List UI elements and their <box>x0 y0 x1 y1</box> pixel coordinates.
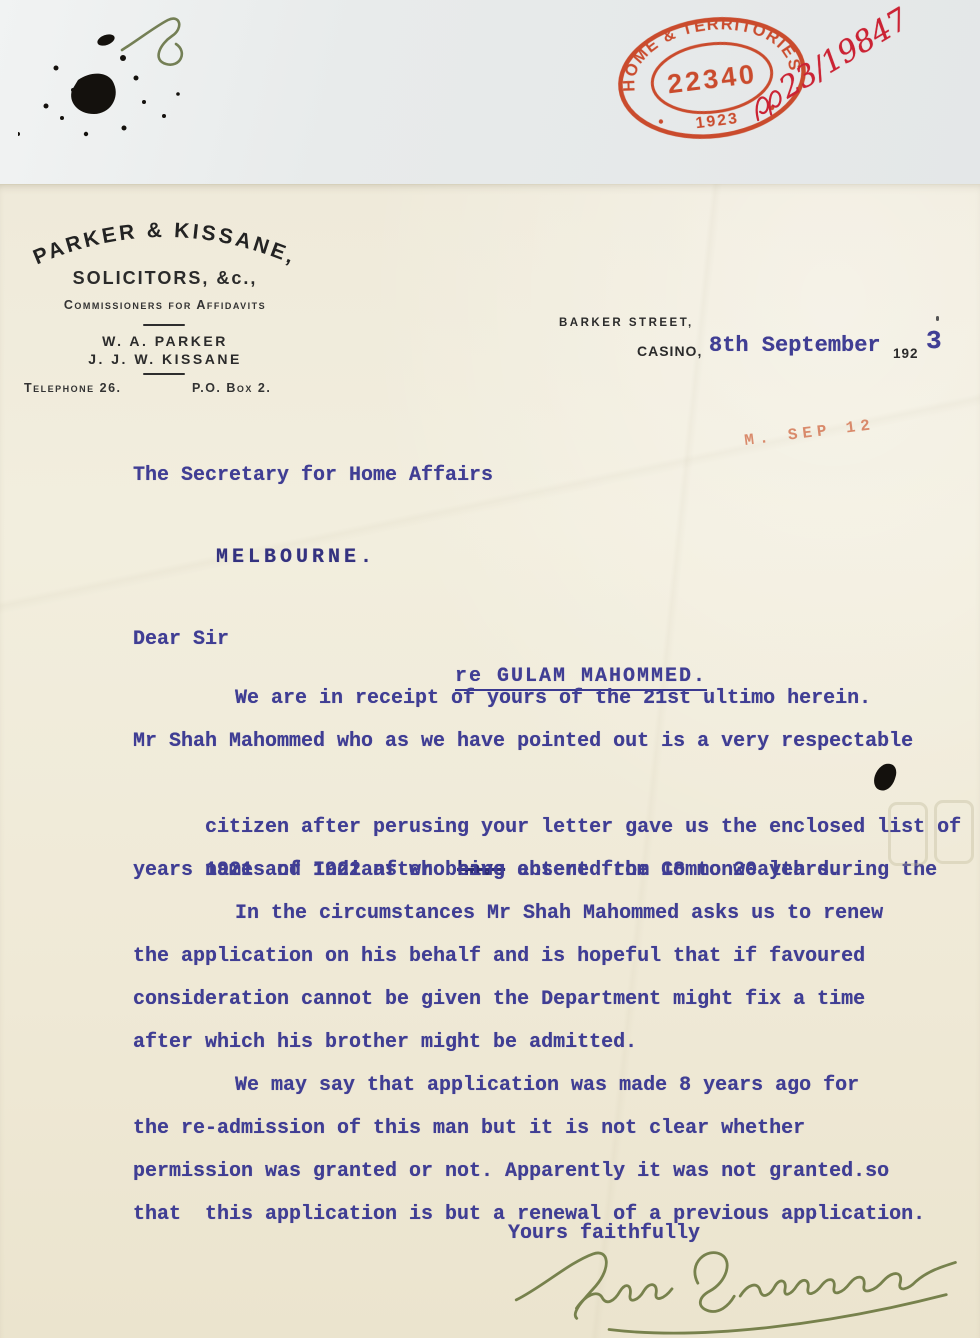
letterhead-divider-2 <box>143 373 185 375</box>
letterhead-commissioners: Commissioners for Affidavits <box>10 298 320 312</box>
body-line: We may say that application was made 8 y… <box>133 1064 969 1107</box>
ink-blot <box>871 761 899 794</box>
addressee-line-1: The Secretary for Home Affairs <box>133 464 493 487</box>
addressee-line-2: MELBOURNE. <box>216 546 376 569</box>
letterhead-partner-1: W. A. PARKER <box>10 333 320 349</box>
body-line: the re-admission of this man but it is n… <box>133 1107 969 1150</box>
letterhead-divider <box>143 324 185 326</box>
body-line: permission was granted or not. Apparentl… <box>133 1150 969 1193</box>
salutation: Dear Sir <box>133 628 229 651</box>
body-line: the application on his behalf and is hop… <box>133 935 969 978</box>
body-line: In the circumstances Mr Shah Mahommed as… <box>133 892 969 935</box>
signature <box>511 1232 973 1338</box>
body-line: citizen after perusing your letter gave … <box>133 763 969 806</box>
svg-text:PARKER & KISSANE,: PARKER & KISSANE, <box>30 219 300 269</box>
body-line: Mr Shah Mahommed who as we have pointed … <box>133 720 969 763</box>
pen-squiggle <box>118 14 202 76</box>
dateline-town: CASINO, <box>637 343 702 359</box>
ink-speck <box>936 316 939 321</box>
bleedthrough-watermark <box>888 802 928 866</box>
bleedthrough-watermark <box>934 800 974 864</box>
dateline-typed-year-digit: 3 <box>926 326 942 356</box>
letterhead-partner-2: J. J. W. KISSANE <box>10 351 320 367</box>
letterhead-firm-name: PARKER & KISSANE, <box>30 219 300 269</box>
dateline-street: BARKER STREET, <box>559 317 694 329</box>
dateline-typed-date: 8th September <box>709 333 881 358</box>
signature-ink-icon <box>511 1232 973 1338</box>
letterhead-firm-arc: PARKER & KISSANE, <box>10 212 320 276</box>
letterhead-telephone: Telephone 26. <box>24 381 122 395</box>
body-line: after which his brother might be admitte… <box>133 1021 969 1064</box>
body-line: We are in receipt of yours of the 21st u… <box>133 677 969 720</box>
letterhead-descriptor: SOLICITORS, &c., <box>10 268 320 289</box>
body-line: consideration cannot be given the Depart… <box>133 978 969 1021</box>
body-line: years 1921 and 1922 after being absent f… <box>133 849 969 892</box>
letterhead-po-box: P.O. Box 2. <box>192 381 271 395</box>
file-number-annotation: 23/19847 <box>742 26 980 156</box>
body-line: names of Indians who have entered the Co… <box>133 806 969 849</box>
letter-body: We are in receipt of yours of the 21st u… <box>133 677 969 1236</box>
scanned-letter-page: HOME & TERRITORIES 22340 1923 23/19847 P… <box>0 0 980 1338</box>
dateline-printed-year: 192 <box>893 346 919 361</box>
